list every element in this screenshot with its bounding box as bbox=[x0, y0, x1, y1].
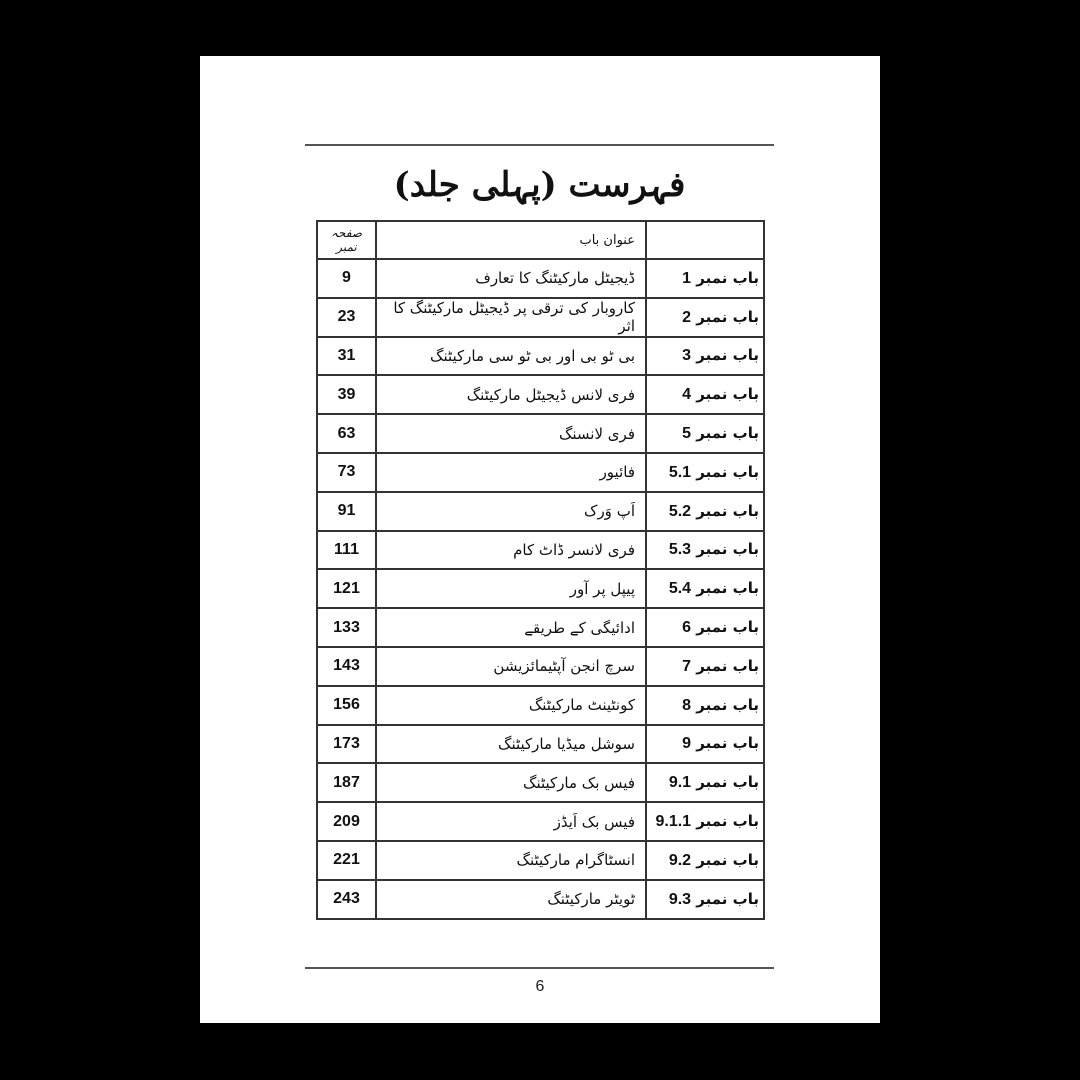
chapter-prefix: باب نمبر bbox=[696, 540, 759, 558]
table-row: 133ادائیگی کے طریقےباب نمبر 6 bbox=[317, 608, 764, 647]
page-title: فہرست (پہلی جلد) bbox=[305, 160, 774, 210]
page-number-cell: 187 bbox=[317, 763, 376, 802]
chapter-prefix: باب نمبر bbox=[696, 657, 759, 675]
chapter-title-cell: سوشل میڈیا مارکیٹنگ bbox=[376, 725, 646, 764]
chapter-number-cell: باب نمبر 9.1.1 bbox=[646, 802, 764, 841]
chapter-number: 4 bbox=[682, 386, 691, 403]
chapter-prefix: باب نمبر bbox=[696, 579, 759, 597]
chapter-number: 3 bbox=[682, 347, 691, 364]
table-row: 243ٹویٹر مارکیٹنگباب نمبر 9.3 bbox=[317, 880, 764, 919]
chapter-number: 2 bbox=[682, 309, 691, 326]
chapter-number: 8 bbox=[682, 697, 691, 714]
chapter-prefix: باب نمبر bbox=[696, 463, 759, 481]
chapter-prefix: باب نمبر bbox=[696, 890, 759, 908]
chapter-title-cell: انسٹاگرام مارکیٹنگ bbox=[376, 841, 646, 880]
page-number-cell: 221 bbox=[317, 841, 376, 880]
chapter-number-cell: باب نمبر 5.1 bbox=[646, 453, 764, 492]
chapter-number: 5.3 bbox=[669, 541, 691, 558]
table-row: 91اَپ وَرکباب نمبر 5.2 bbox=[317, 492, 764, 531]
table-row: 31بی ٹو بی اور بی ٹو سی مارکیٹنگباب نمبر… bbox=[317, 337, 764, 376]
chapter-number: 5.4 bbox=[669, 580, 691, 597]
chapter-title-cell: اَپ وَرک bbox=[376, 492, 646, 531]
table-row: 221انسٹاگرام مارکیٹنگباب نمبر 9.2 bbox=[317, 841, 764, 880]
chapter-number-cell: باب نمبر 5.2 bbox=[646, 492, 764, 531]
page-number-cell: 63 bbox=[317, 414, 376, 453]
page-number-cell: 243 bbox=[317, 880, 376, 919]
table-row: 209فیس بک اَیڈزباب نمبر 9.1.1 bbox=[317, 802, 764, 841]
chapter-prefix: باب نمبر bbox=[696, 269, 759, 287]
chapter-title-cell: فری لانسر ڈاٹ کام bbox=[376, 531, 646, 570]
table-row: 111فری لانسر ڈاٹ کامباب نمبر 5.3 bbox=[317, 531, 764, 570]
table-row: 143سرچ انجن آپٹیمائزیشنباب نمبر 7 bbox=[317, 647, 764, 686]
chapter-number-cell: باب نمبر 2 bbox=[646, 298, 764, 337]
chapter-number-cell: باب نمبر 4 bbox=[646, 375, 764, 414]
chapter-number-cell: باب نمبر 8 bbox=[646, 686, 764, 725]
table-row: 39فری لانس ڈیجیٹل مارکیٹنگباب نمبر 4 bbox=[317, 375, 764, 414]
header-chapter-title: عنوان باب bbox=[376, 221, 646, 259]
chapter-number-cell: باب نمبر 3 bbox=[646, 337, 764, 376]
chapter-number: 1 bbox=[682, 270, 691, 287]
chapter-number: 5.1 bbox=[669, 464, 691, 481]
chapter-title-cell: بی ٹو بی اور بی ٹو سی مارکیٹنگ bbox=[376, 337, 646, 376]
chapter-number: 9 bbox=[682, 735, 691, 752]
chapter-number-cell: باب نمبر 5.4 bbox=[646, 569, 764, 608]
page-number: 6 bbox=[200, 978, 880, 996]
chapter-title-cell: فری لانسنگ bbox=[376, 414, 646, 453]
page-number-cell: 23 bbox=[317, 298, 376, 337]
chapter-title-cell: ڈیجیٹل مارکیٹنگ کا تعارف bbox=[376, 259, 646, 298]
chapter-title-cell: سرچ انجن آپٹیمائزیشن bbox=[376, 647, 646, 686]
chapter-title-cell: فیس بک اَیڈز bbox=[376, 802, 646, 841]
chapter-title-cell: فری لانس ڈیجیٹل مارکیٹنگ bbox=[376, 375, 646, 414]
chapter-number: 7 bbox=[682, 658, 691, 675]
table-row: 9ڈیجیٹل مارکیٹنگ کا تعارفباب نمبر 1 bbox=[317, 259, 764, 298]
chapter-number-cell: باب نمبر 5.3 bbox=[646, 531, 764, 570]
chapter-number: 9.1 bbox=[669, 774, 691, 791]
chapter-prefix: باب نمبر bbox=[696, 773, 759, 791]
page-number-cell: 133 bbox=[317, 608, 376, 647]
chapter-title-cell: فائیور bbox=[376, 453, 646, 492]
chapter-title-cell: فیس بک مارکیٹنگ bbox=[376, 763, 646, 802]
header-chapter bbox=[646, 221, 764, 259]
page-number-cell: 143 bbox=[317, 647, 376, 686]
chapter-number: 5 bbox=[682, 425, 691, 442]
chapter-number-cell: باب نمبر 6 bbox=[646, 608, 764, 647]
chapter-title-cell: پیپل پر آور bbox=[376, 569, 646, 608]
chapter-number-cell: باب نمبر 1 bbox=[646, 259, 764, 298]
table-row: 121پیپل پر آورباب نمبر 5.4 bbox=[317, 569, 764, 608]
page-number-cell: 156 bbox=[317, 686, 376, 725]
page-number-cell: 91 bbox=[317, 492, 376, 531]
chapter-number-cell: باب نمبر 9.1 bbox=[646, 763, 764, 802]
page-number-cell: 209 bbox=[317, 802, 376, 841]
table-header-row: صفحہ نمبر عنوان باب bbox=[317, 221, 764, 259]
chapter-prefix: باب نمبر bbox=[696, 734, 759, 752]
chapter-number-cell: باب نمبر 5 bbox=[646, 414, 764, 453]
table-row: 173سوشل میڈیا مارکیٹنگباب نمبر 9 bbox=[317, 725, 764, 764]
chapter-number-cell: باب نمبر 9 bbox=[646, 725, 764, 764]
chapter-number-cell: باب نمبر 9.3 bbox=[646, 880, 764, 919]
chapter-prefix: باب نمبر bbox=[696, 424, 759, 442]
chapter-prefix: باب نمبر bbox=[696, 696, 759, 714]
table-row: 73فائیورباب نمبر 5.1 bbox=[317, 453, 764, 492]
chapter-number: 5.2 bbox=[669, 503, 691, 520]
document-page: فہرست (پہلی جلد) صفحہ نمبر عنوان باب 9ڈی… bbox=[200, 56, 880, 1023]
chapter-number: 6 bbox=[682, 619, 691, 636]
page-number-cell: 173 bbox=[317, 725, 376, 764]
page-number-cell: 121 bbox=[317, 569, 376, 608]
chapter-number: 9.2 bbox=[669, 852, 691, 869]
page-number-cell: 9 bbox=[317, 259, 376, 298]
chapter-title-cell: کاروبار کی ترقی پر ڈیجیٹل مارکیٹنگ کا اث… bbox=[376, 298, 646, 337]
chapter-prefix: باب نمبر bbox=[696, 618, 759, 636]
table-of-contents: صفحہ نمبر عنوان باب 9ڈیجیٹل مارکیٹنگ کا … bbox=[316, 220, 765, 920]
top-rule bbox=[305, 144, 774, 146]
chapter-title-cell: ادائیگی کے طریقے bbox=[376, 608, 646, 647]
chapter-number-cell: باب نمبر 9.2 bbox=[646, 841, 764, 880]
chapter-prefix: باب نمبر bbox=[696, 346, 759, 364]
chapter-number: 9.1.1 bbox=[655, 813, 691, 830]
table-row: 187فیس بک مارکیٹنگباب نمبر 9.1 bbox=[317, 763, 764, 802]
chapter-title-cell: کونٹینٹ مارکیٹنگ bbox=[376, 686, 646, 725]
chapter-prefix: باب نمبر bbox=[696, 851, 759, 869]
table-row: 156کونٹینٹ مارکیٹنگباب نمبر 8 bbox=[317, 686, 764, 725]
page-number-cell: 111 bbox=[317, 531, 376, 570]
table-row: 23کاروبار کی ترقی پر ڈیجیٹل مارکیٹنگ کا … bbox=[317, 298, 764, 337]
table-row: 63فری لانسنگباب نمبر 5 bbox=[317, 414, 764, 453]
page-number-cell: 39 bbox=[317, 375, 376, 414]
chapter-number-cell: باب نمبر 7 bbox=[646, 647, 764, 686]
chapter-prefix: باب نمبر bbox=[696, 385, 759, 403]
chapter-prefix: باب نمبر bbox=[696, 502, 759, 520]
bottom-rule bbox=[305, 967, 774, 969]
chapter-prefix: باب نمبر bbox=[696, 812, 759, 830]
header-page-number: صفحہ نمبر bbox=[317, 221, 376, 259]
chapter-prefix: باب نمبر bbox=[696, 308, 759, 326]
chapter-number: 9.3 bbox=[669, 891, 691, 908]
page-number-cell: 73 bbox=[317, 453, 376, 492]
page-number-cell: 31 bbox=[317, 337, 376, 376]
chapter-title-cell: ٹویٹر مارکیٹنگ bbox=[376, 880, 646, 919]
